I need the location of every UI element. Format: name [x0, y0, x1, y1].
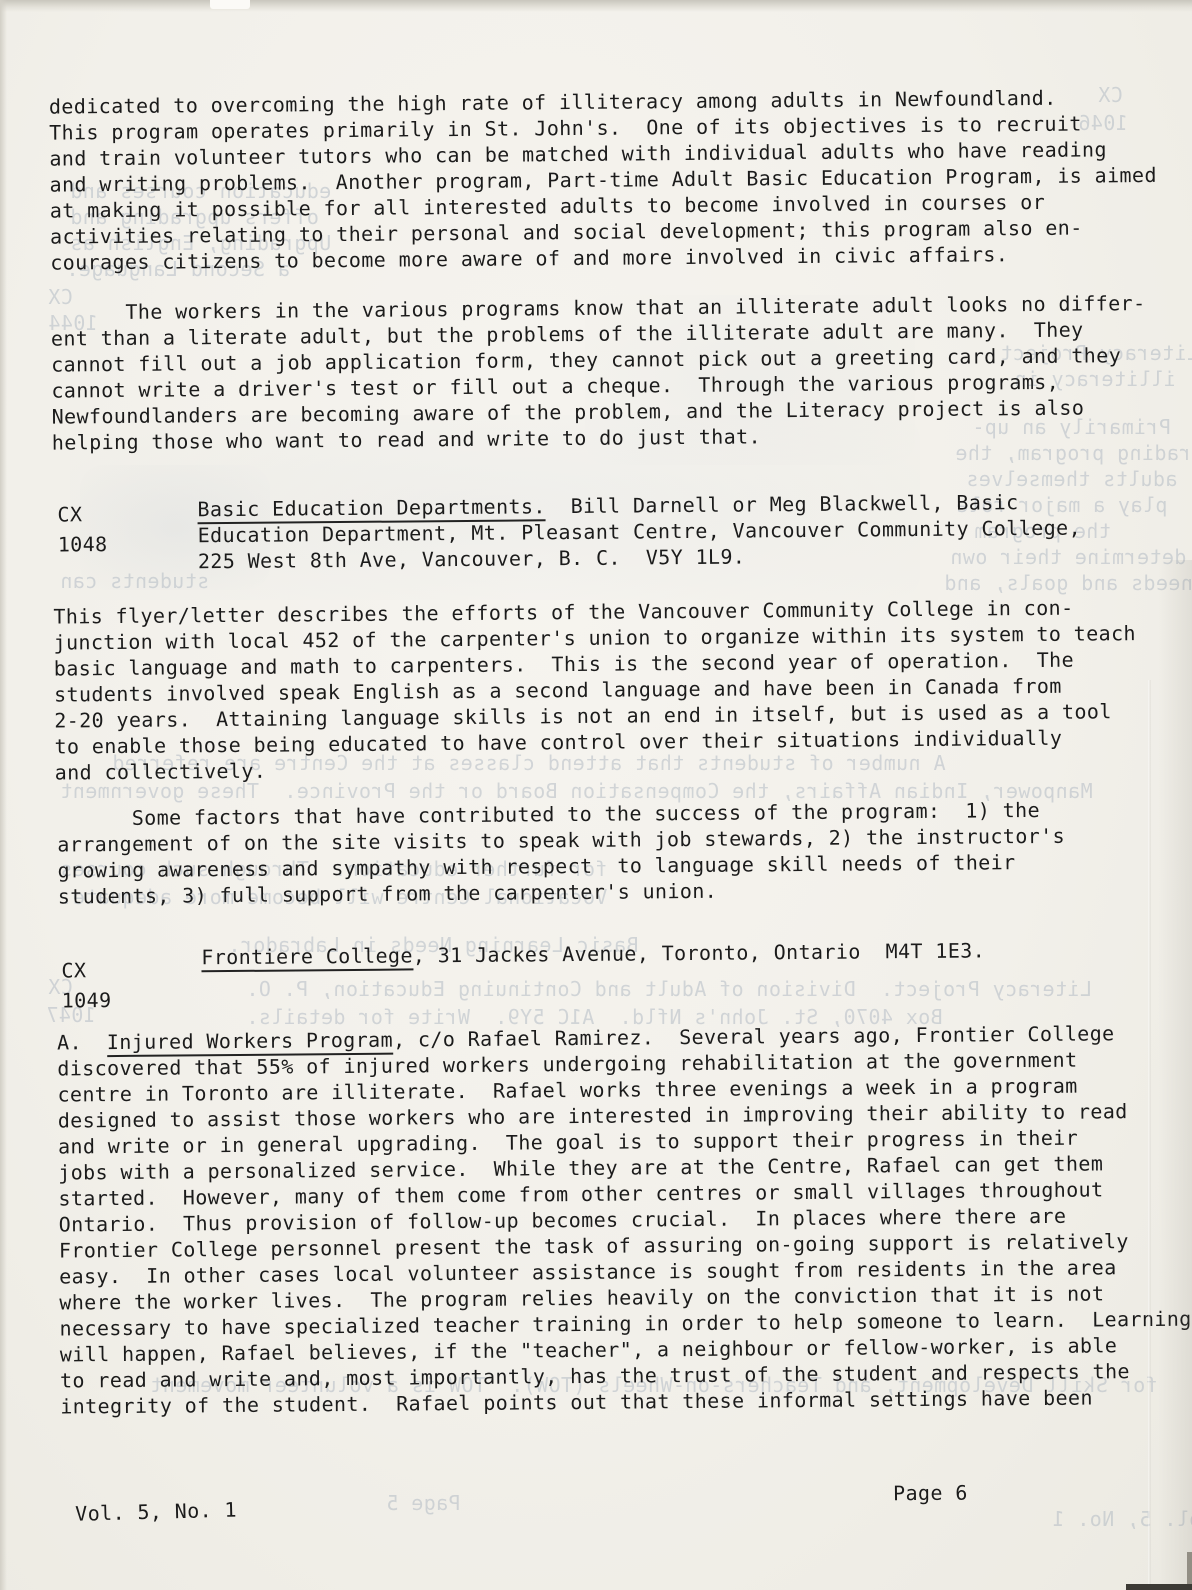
- list-letter: A.: [57, 1030, 107, 1054]
- program-title-underlined: Injured Workers Program: [107, 1028, 393, 1057]
- entry-address-text: , 31 Jackes Avenue, Toronto, Ontario M4T…: [413, 938, 985, 967]
- entry-code-cx: CX: [57, 502, 82, 526]
- footer-page-number: Page 6: [893, 1480, 968, 1507]
- entry-code-label: CX1048: [57, 499, 107, 559]
- program-description-text: , c/o Rafael Ramirez. Several years ago,…: [57, 1021, 1192, 1418]
- page-left-edge: [0, 0, 7, 1590]
- entry-code-number: 1048: [58, 532, 108, 556]
- entry-code-label: CX1049: [61, 955, 111, 1015]
- page-text-layer: dedicated to overcoming the high rate of…: [0, 0, 1192, 1590]
- paragraph-vancouver-college: This flyer/letter describes the efforts …: [53, 594, 1180, 786]
- entry-body: Basic Education Departments. Bill Darnel…: [197, 488, 1163, 574]
- page-top-edge: [0, 0, 1192, 12]
- entry-title-underlined: Frontiere College: [201, 943, 413, 972]
- paper-crease: [1148, 680, 1151, 1590]
- paragraph-illiterate-adult: The workers in the various programs know…: [51, 290, 1172, 456]
- scanner-edge-mark: [1126, 1584, 1192, 1590]
- page-top-notch: [210, 0, 250, 9]
- paragraph-success-factors: Some factors that have contributed to th…: [57, 796, 1178, 910]
- entry-code-cx: CX: [61, 958, 86, 982]
- entry-code-number: 1049: [62, 988, 112, 1012]
- paragraph-injured-workers-program: A. Injured Workers Program, c/o Rafael R…: [57, 1020, 1192, 1420]
- footer-volume-label: Vol. 5, No. 1: [75, 1497, 237, 1527]
- paragraph-newfoundland-literacy: dedicated to overcoming the high rate of…: [49, 84, 1183, 276]
- scanned-page: CX1046education courses andoffers upgrad…: [0, 0, 1192, 1590]
- page-right-shadow: [1158, 560, 1192, 1590]
- entry-body: Frontiere College, 31 Jackes Avenue, Tor…: [201, 936, 1166, 970]
